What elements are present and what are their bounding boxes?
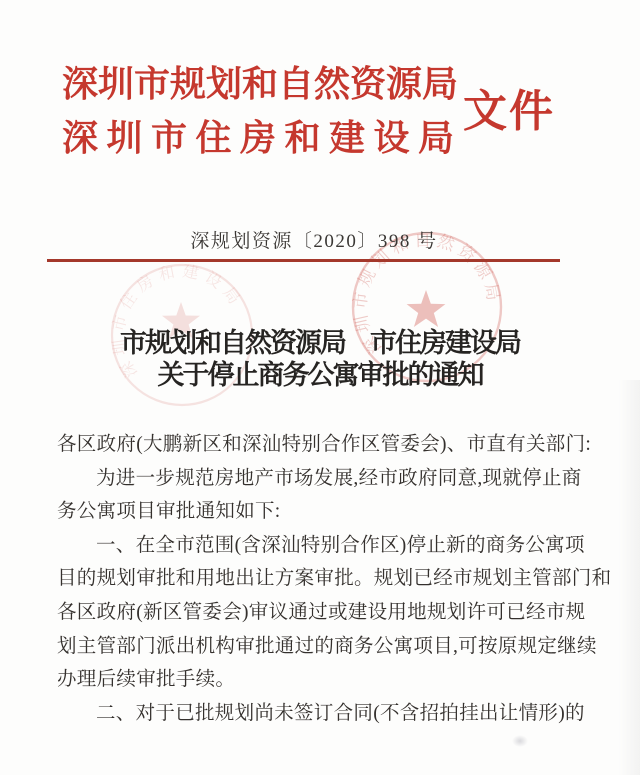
document-title-line2: 关于停止商务公寓审批的通知 — [30, 359, 610, 391]
doc-type-label: 文件 — [463, 90, 555, 134]
scan-edge-shadow — [618, 380, 640, 775]
scan-smudge — [512, 735, 528, 747]
document-number: 深规划资源〔2020〕398 号 — [0, 230, 628, 254]
document-title-line1: 市规划和自然资源局 市住房建设局 — [30, 327, 610, 359]
body-line: 目的规划审批和用地出让方案审批。规划已经市规划主管部门和 — [57, 562, 607, 596]
document-page: 深圳市住房和建设局 深圳市规划和自然资源局 深圳市规划和自然资源局 深圳市住房和… — [0, 0, 640, 775]
document-title: 市规划和自然资源局 市住房建设局 关于停止商务公寓审批的通知 — [30, 327, 610, 391]
document-body: 各区政府(大鹏新区和深汕特别合作区管委会)、市直有关部门: 为进一步规范房地产市… — [57, 428, 607, 730]
body-line: 各区政府(新区管委会)审议通过或建设用地规划许可已经市规 — [57, 596, 607, 630]
body-line-salutation: 各区政府(大鹏新区和深汕特别合作区管委会)、市直有关部门: — [57, 428, 607, 462]
body-line: 办理后续审批手续。 — [57, 663, 607, 697]
red-divider-rule — [47, 259, 560, 262]
body-line-item1: 一、在全市范围(含深汕特别合作区)停止新的商务公寓项 — [57, 529, 607, 563]
body-line: 务公寓项目审批通知如下: — [57, 495, 607, 529]
body-line-item2: 二、对于已批规划尚未签订合同(不含招拍挂出让情形)的 — [57, 697, 607, 731]
seal-star-icon — [407, 290, 446, 327]
body-line: 划主管部门派出机构审批通过的商务公寓项目,可按原规定继续 — [57, 630, 607, 664]
body-line: 为进一步规范房地产市场发展,经市政府同意,现就停止商 — [57, 462, 607, 496]
